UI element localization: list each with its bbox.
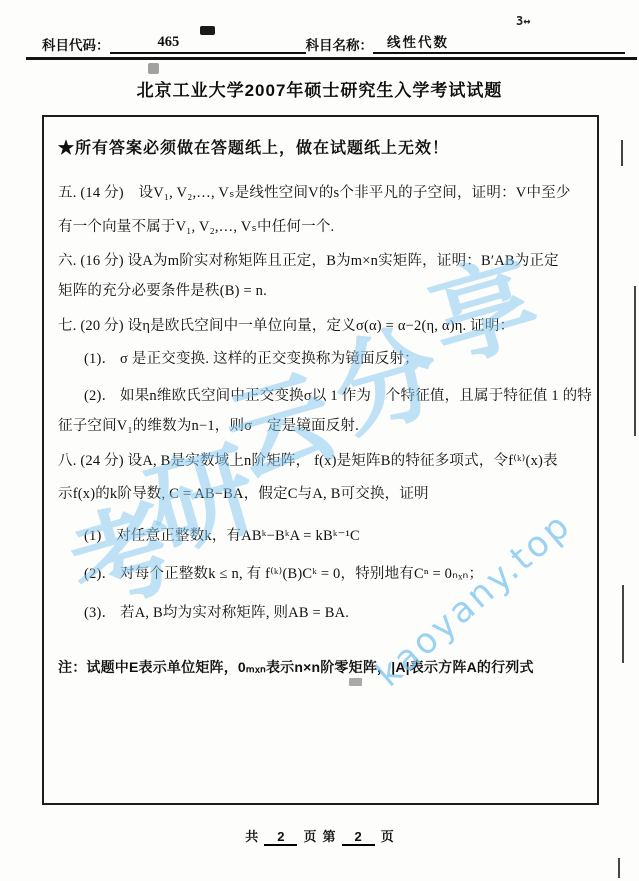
question7-part2-line2: 征子空间V₁的维数为n−1，则σ 定是镜面反射. xyxy=(58,415,583,437)
question8-part3: (3)． 若A, B均为实对称矩阵, 则AB = BA. xyxy=(58,602,583,624)
page-edge-mark xyxy=(618,858,620,878)
question8-part1: (1) 对任意正整数k，有ABᵏ−BᵏA = kBᵏ⁻¹C xyxy=(58,525,583,547)
subject-name-label: 科目名称： xyxy=(306,34,374,54)
question7-part1: (1)． σ 是正交变换. 这样的正交变换称为镜面反射； xyxy=(58,348,583,370)
page-footer: 共2页第2页 xyxy=(0,826,639,845)
exam-title: 北京工业大学2007年硕士研究生入学考试试题 xyxy=(0,76,639,101)
question8-intro-line2: 示f(x)的k阶导数, C = AB−BA，假定C与A, B可交换，证明 xyxy=(58,483,583,505)
footer-page-label: 页 xyxy=(381,829,394,844)
scan-smudge xyxy=(148,63,159,74)
subject-code-value: 465 xyxy=(110,33,306,54)
subject-name-value: 线性代数 xyxy=(373,33,625,54)
footer-current-page: 2 xyxy=(342,829,375,846)
question8-part2: (2)． 对每个正整数k ≤ n, 有 f⁽ᵏ⁾(B)Cᵏ = 0，特别地有Cⁿ… xyxy=(58,563,583,585)
question6-line1: 六. (16 分) 设A为m阶实对称矩阵且正定，B为m×n实矩阵，证明：B′AB… xyxy=(58,250,583,272)
question8-intro-line1: 八. (24 分) 设A, B是实数域上n阶矩阵， f(x)是矩阵B的特征多项式… xyxy=(58,450,583,472)
page-edge-mark xyxy=(621,140,623,166)
page-edge-mark xyxy=(634,286,636,436)
footer-current-label: 第 xyxy=(323,829,336,844)
answer-sheet-notice: ★所有答案必须做在答题纸上，做在试题纸上无效！ xyxy=(58,135,583,158)
question5-line1: 五. (14 分) 设V₁, V₂,…, Vₛ是线性空间V的s个非平凡的子空间，… xyxy=(58,182,583,204)
subject-code-label: 科目代码： xyxy=(42,34,110,54)
corner-page-mark: 3↔ xyxy=(516,14,530,28)
page-edge-mark xyxy=(622,585,624,663)
ink-blot xyxy=(200,26,215,35)
header-divider xyxy=(26,57,637,60)
footer-pages-label: 页 xyxy=(303,829,316,844)
header: 科目代码： 465 科目名称： 线性代数 xyxy=(42,33,625,54)
question6-line2: 矩阵的充分必要条件是秩(B) = n. xyxy=(58,280,583,302)
question7-intro: 七. (20 分) 设η是欧氏空间中一单位向量，定义σ(α) = α−2(η, … xyxy=(58,315,583,337)
question7-part2-line1: (2)． 如果n维欧氏空间中正交变换σ以 1 作为 个特征值，且属于特征值 1 … xyxy=(58,385,583,407)
question-box: ★所有答案必须做在答题纸上，做在试题纸上无效！ 五. (14 分) 设V₁, V… xyxy=(42,115,599,805)
footer-total-pages: 2 xyxy=(264,829,297,846)
footer-total-label: 共 xyxy=(245,829,258,844)
exam-paper-page: 3↔ 科目代码： 465 科目名称： 线性代数 北京工业大学2007年硕士研究生… xyxy=(0,0,639,881)
question5-line2: 有一个向量不属于V₁, V₂,…, Vₛ中任何一个. xyxy=(58,216,583,238)
notation-note: 注：试题中E表示单位矩阵，0ₘₓₙ表示n×n阶零矩阵，|A|表示方阵A的行列式 xyxy=(58,656,583,678)
